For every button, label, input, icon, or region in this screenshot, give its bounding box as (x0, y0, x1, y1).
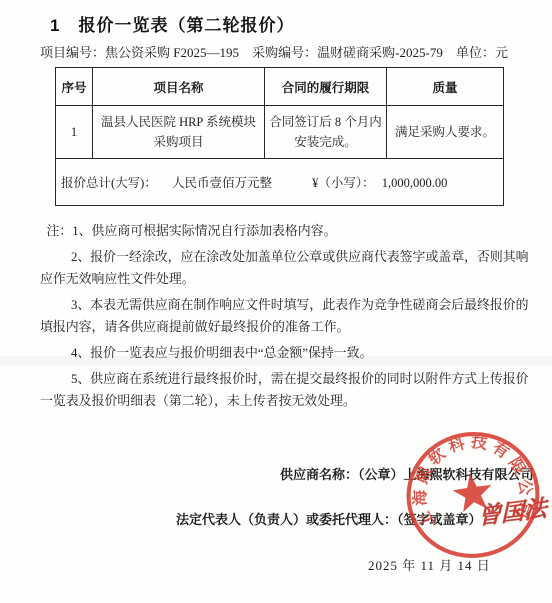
supplier-name-label: 供应商名称：（公章） (280, 467, 404, 482)
total-caps-value: 人民币壹佰万元整 (172, 173, 272, 191)
purchase-number: 采购编号：温财磋商采购-2025-79 (252, 42, 443, 61)
unit-value: 元 (495, 45, 508, 60)
table-header-row: 序号 项目名称 合同的履行期限 质量 (56, 68, 504, 106)
header-contract-term: 合同的履行期限 (265, 68, 387, 106)
total-num-value: 1,000,000.00 (382, 176, 448, 191)
supplier-name-value: 上海熙软科技有限公司 (404, 467, 534, 482)
note-item-5: 5、供应商在系统进行最终报价时，需在提交最终报价的同时以附件方式上传报价一览表及… (40, 368, 532, 412)
purchase-number-label: 采购编号： (252, 45, 317, 60)
legal-representative-line: 法定代表人（负责人）或委托代理人：（签字或盖章） (176, 509, 482, 528)
legal-representative-label: 法定代表人（负责人）或委托代理人：（签字或盖章） (176, 512, 482, 527)
quotation-table: 序号 项目名称 合同的履行期限 质量 1 温县人民医院 HRP 系统模块采购项目… (55, 67, 504, 206)
note-item-2: 2、报价一经涂改，应在涂改处加盖单位公章或供应商代表签字或盖章，否则其响应作无效… (40, 246, 532, 290)
project-number-label: 项目编号： (40, 45, 105, 60)
handwritten-signature: 曾国法 (478, 490, 547, 532)
quotation-document-page: 1 报价一览表（第二轮报价） 项目编号：焦公资采购 F2025—195 采购编号… (0, 0, 552, 603)
cell-seq: 1 (56, 106, 93, 159)
supplier-name-line: 供应商名称：（公章）上海熙软科技有限公司 (280, 464, 534, 483)
page-title: 1 报价一览表（第二轮报价） (50, 11, 294, 36)
header-seq: 序号 (56, 68, 93, 106)
total-num-label: ¥（小写）： (312, 173, 375, 191)
project-number-value: 焦公资采购 F2025—195 (105, 45, 239, 60)
total-cell: 报价总计(大写)： 人民币壹佰万元整 ¥（小写）： 1,000,000.00 (56, 159, 504, 206)
cell-project-name: 温县人民医院 HRP 系统模块采购项目 (93, 106, 265, 159)
total-caps-label: 报价总计(大写)： (61, 173, 157, 191)
total-row: 报价总计(大写)： 人民币壹佰万元整 ¥（小写）： 1,000,000.00 (56, 159, 504, 206)
table-row: 1 温县人民医院 HRP 系统模块采购项目 合同签订后 8 个月内安装完成。 满… (56, 106, 504, 159)
header-project-name: 项目名称 (93, 68, 265, 106)
note-item-1: 注：1、供应商可根据实际情况自行添加表格内容。 (40, 220, 532, 242)
document-date: 2025 年 11 月 14 日 (368, 555, 491, 574)
document-meta-line: 项目编号：焦公资采购 F2025—195 采购编号：温财磋商采购-2025-79… (40, 42, 508, 61)
notes-section: 注：1、供应商可根据实际情况自行添加表格内容。 2、报价一经涂改，应在涂改处加盖… (40, 220, 532, 416)
header-quality: 质量 (387, 68, 504, 106)
unit-label: 单位： (456, 45, 495, 60)
unit: 单位：元 (456, 42, 508, 61)
project-number: 项目编号：焦公资采购 F2025—195 (40, 42, 239, 61)
cell-quality: 满足采购人要求。 (387, 106, 504, 159)
purchase-number-value: 温财磋商采购-2025-79 (317, 45, 443, 60)
cell-contract-term: 合同签订后 8 个月内安装完成。 (265, 106, 387, 159)
note-item-3: 3、本表无需供应商在制作响应文件时填写，此表作为竞争性磋商会后最终报价的填报内容… (40, 294, 532, 338)
scan-artifact-band (0, 356, 552, 366)
